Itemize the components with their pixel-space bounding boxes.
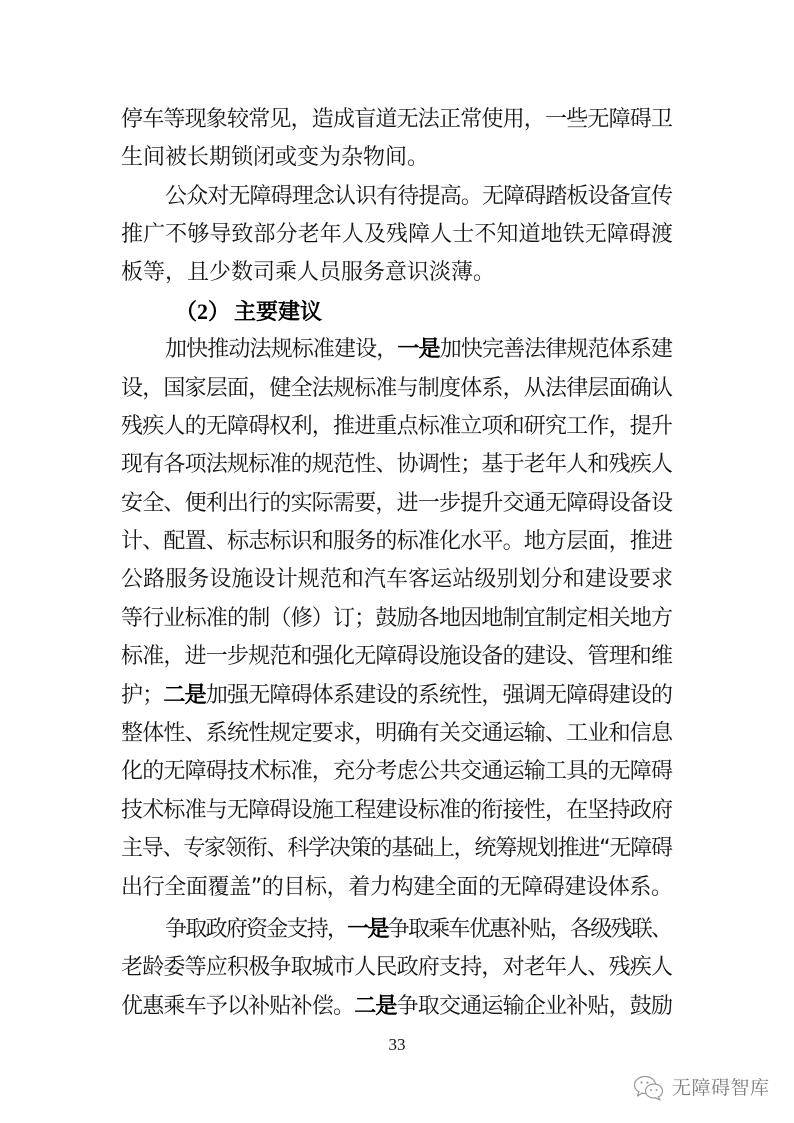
- text-segment: 主导、专家领衔、科学决策的基础上，统筹规划推进“无障碍: [121, 836, 672, 861]
- heading-number: （2）: [175, 299, 230, 324]
- text-segment: 计、配置、标志标识和服务的标准化水平。地方层面，推进: [121, 529, 672, 554]
- wechat-icon: [633, 1074, 665, 1102]
- text-line: 公路服务设施设计规范和汽车客运站级别划分和建设要求: [121, 561, 673, 599]
- heading-title: 主要建议: [234, 300, 322, 325]
- text-segment: 公路服务设施设计规范和汽车客运站级别划分和建设要求: [121, 567, 673, 592]
- emphasis-segment: 一是: [397, 337, 439, 362]
- text-line: 公众对无障碍理念认识有待提高。无障碍踏板设备宣传: [121, 178, 673, 216]
- document-page: 停车等现象较常见，造成盲道无法正常使用，一些无障碍卫 生间被长期锁闭或变为杂物间…: [0, 0, 794, 1123]
- text-segment: 残疾人的无障碍权利，推进重点标准立项和研究工作，提升: [121, 414, 672, 439]
- line-text: 安全、便利出行的实际需要，进一步提升交通无障碍设备设: [121, 485, 672, 523]
- text-segment: 推广不够导致部分老年人及残障人士不知道地铁无障碍渡: [121, 222, 673, 247]
- text-line: 争取政府资金支持，一是争取乘车优惠补贴，各级残联、: [121, 911, 673, 949]
- line-text: 化的无障碍技术标准，充分考虑公共交通运输工具的无障碍: [121, 753, 672, 791]
- text-segment: 设，国家层面，健全法规标准与制度体系，从法律层面确认: [121, 376, 672, 401]
- text-line: 设，国家层面，健全法规标准与制度体系，从法律层面确认: [121, 370, 673, 408]
- text-segment: 现有各项法规标准的规范性、协调性；基于老年人和残疾人: [121, 452, 672, 477]
- text-segment: 加强无障碍体系建设的系统性，强调无障碍建设的: [206, 683, 672, 708]
- text-segment: 标准，进一步规范和强化无障碍设施设备的建设、管理和维: [121, 644, 672, 669]
- line-text: 护；二是加强无障碍体系建设的系统性，强调无障碍建设的: [121, 677, 672, 715]
- text-line: 残疾人的无障碍权利，推进重点标准立项和研究工作，提升: [121, 408, 673, 446]
- text-line: 停车等现象较常见，造成盲道无法正常使用，一些无障碍卫: [121, 101, 673, 139]
- text-line: 护；二是加强无障碍体系建设的系统性，强调无障碍建设的: [121, 677, 673, 715]
- text-line: 计、配置、标志标识和服务的标准化水平。地方层面，推进: [121, 523, 673, 561]
- text-line: 生间被长期锁闭或变为杂物间。: [121, 139, 673, 177]
- text-segment: 老龄委等应积极争取城市人民政府支持，对老年人、残疾人: [121, 955, 672, 980]
- line-text: 老龄委等应积极争取城市人民政府支持，对老年人、残疾人: [121, 949, 672, 987]
- text-line: 标准，进一步规范和强化无障碍设施设备的建设、管理和维: [121, 638, 673, 676]
- text-line: 化的无障碍技术标准，充分考虑公共交通运输工具的无障碍: [121, 753, 673, 791]
- watermark-label: 无障碍智库: [672, 1074, 770, 1102]
- line-text: 计、配置、标志标识和服务的标准化水平。地方层面，推进: [121, 523, 672, 561]
- text-line: 技术标准与无障碍设施工程建设标准的衔接性，在坚持政府: [121, 792, 673, 830]
- body-text: 停车等现象较常见，造成盲道无法正常使用，一些无障碍卫 生间被长期锁闭或变为杂物间…: [121, 101, 673, 1026]
- text-segment: 生间被长期锁闭或变为杂物间。: [121, 145, 429, 170]
- line-text: 现有各项法规标准的规范性、协调性；基于老年人和残疾人: [121, 446, 672, 484]
- emphasis-segment: 一是: [347, 917, 388, 942]
- emphasis-segment: 二是: [354, 994, 396, 1019]
- text-line: 板等，且少数司乘人员服务意识淡薄。: [121, 254, 673, 292]
- text-line: 整体性、系统性规定要求，明确有关交通运输、工业和信息: [121, 715, 673, 753]
- text-segment: 争取乘车优惠补贴，各级残联、: [388, 917, 671, 942]
- text-segment: 护；: [121, 683, 163, 708]
- paragraph-regulation-standards: 加快推动法规标准建设，一是加快完善法律规范体系建 设，国家层面，健全法规标准与制…: [121, 331, 673, 907]
- text-segment: 板等，且少数司乘人员服务意识淡薄。: [121, 260, 495, 285]
- text-line: 优惠乘车予以补贴补偿。二是争取交通运输企业补贴，鼓励: [121, 988, 673, 1026]
- paragraph-public-awareness: 公众对无障碍理念认识有待提高。无障碍踏板设备宣传 推广不够导致部分老年人及残障人…: [121, 178, 673, 293]
- text-segment: 安全、便利出行的实际需要，进一步提升交通无障碍设备设: [121, 491, 672, 516]
- line-text: 争取政府资金支持，一是争取乘车优惠补贴，各级残联、: [165, 911, 671, 949]
- line-text: 优惠乘车予以补贴补偿。二是争取交通运输企业补贴，鼓励: [121, 988, 672, 1026]
- line-text: 生间被长期锁闭或变为杂物间。: [121, 139, 429, 177]
- line-text: 标准，进一步规范和强化无障碍设施设备的建设、管理和维: [121, 638, 672, 676]
- line-text: 残疾人的无障碍权利，推进重点标准立项和研究工作，提升: [121, 408, 672, 446]
- text-segment: 等行业标准的制（修）订；鼓励各地因地制宜制定相关地方: [121, 606, 672, 631]
- text-segment: 争取交通运输企业补贴，鼓励: [397, 994, 673, 1019]
- text-line: 现有各项法规标准的规范性、协调性；基于老年人和残疾人: [121, 446, 673, 484]
- text-line: 主导、专家领衔、科学决策的基础上，统筹规划推进“无障碍: [121, 830, 673, 868]
- line-text: 设，国家层面，健全法规标准与制度体系，从法律层面确认: [121, 370, 672, 408]
- text-line: 出行全面覆盖”的目标，着力构建全面的无障碍建设体系。: [121, 869, 673, 907]
- text-segment: 公众对无障碍理念认识有待提高。无障碍踏板设备宣传: [165, 184, 672, 209]
- text-line: 老龄委等应积极争取城市人民政府支持，对老年人、残疾人: [121, 949, 673, 987]
- text-segment: 出行全面覆盖”的目标，着力构建全面的无障碍建设体系。: [121, 875, 673, 900]
- text-segment: 停车等现象较常见，造成盲道无法正常使用，一些无障碍卫: [121, 107, 672, 132]
- text-segment: 加快完善法律规范体系建: [440, 337, 672, 362]
- section-heading: （2）主要建议: [121, 293, 673, 331]
- line-text: 出行全面覆盖”的目标，着力构建全面的无障碍建设体系。: [121, 869, 673, 907]
- line-text: 推广不够导致部分老年人及残障人士不知道地铁无障碍渡: [121, 216, 673, 254]
- paragraph-government-funding: 争取政府资金支持，一是争取乘车优惠补贴，各级残联、 老龄委等应积极争取城市人民政…: [121, 911, 673, 1026]
- text-segment: 争取政府资金支持，: [165, 917, 347, 942]
- text-line: 推广不够导致部分老年人及残障人士不知道地铁无障碍渡: [121, 216, 673, 254]
- text-segment: 整体性、系统性规定要求，明确有关交通运输、工业和信息: [121, 721, 672, 746]
- line-text: 公众对无障碍理念认识有待提高。无障碍踏板设备宣传: [165, 178, 672, 216]
- line-text: 主导、专家领衔、科学决策的基础上，统筹规划推进“无障碍: [121, 830, 672, 868]
- watermark: 无障碍智库: [633, 1074, 770, 1102]
- paragraph-continued: 停车等现象较常见，造成盲道无法正常使用，一些无障碍卫 生间被长期锁闭或变为杂物间…: [121, 101, 673, 178]
- text-line: 等行业标准的制（修）订；鼓励各地因地制宜制定相关地方: [121, 600, 673, 638]
- line-text: 技术标准与无障碍设施工程建设标准的衔接性，在坚持政府: [121, 792, 672, 830]
- line-text: 板等，且少数司乘人员服务意识淡薄。: [121, 254, 495, 292]
- text-segment: 加快推动法规标准建设，: [165, 337, 397, 362]
- line-text: 等行业标准的制（修）订；鼓励各地因地制宜制定相关地方: [121, 600, 672, 638]
- text-segment: 优惠乘车予以补贴补偿。: [121, 994, 354, 1019]
- line-text: 停车等现象较常见，造成盲道无法正常使用，一些无障碍卫: [121, 101, 672, 139]
- page-number: 33: [0, 1034, 794, 1056]
- line-text: 整体性、系统性规定要求，明确有关交通运输、工业和信息: [121, 715, 672, 753]
- emphasis-segment: 二是: [163, 683, 205, 708]
- text-segment: 化的无障碍技术标准，充分考虑公共交通运输工具的无障碍: [121, 759, 672, 784]
- text-line: 加快推动法规标准建设，一是加快完善法律规范体系建: [121, 331, 673, 369]
- line-text: 公路服务设施设计规范和汽车客运站级别划分和建设要求: [121, 561, 673, 599]
- line-text: 加快推动法规标准建设，一是加快完善法律规范体系建: [165, 331, 672, 369]
- text-line: 安全、便利出行的实际需要，进一步提升交通无障碍设备设: [121, 485, 673, 523]
- text-segment: 技术标准与无障碍设施工程建设标准的衔接性，在坚持政府: [121, 798, 672, 823]
- heading-line: （2）主要建议: [121, 293, 673, 331]
